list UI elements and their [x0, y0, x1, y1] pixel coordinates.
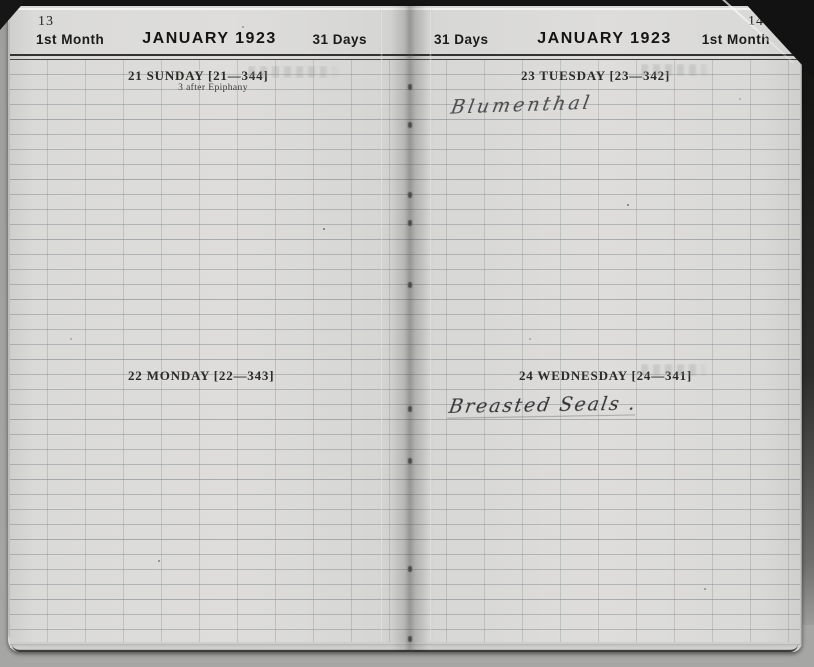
stitch-mark — [408, 406, 412, 412]
stitch-mark — [408, 84, 412, 90]
stitch-mark — [408, 458, 412, 464]
handwritten-entry-wednesday: Breasted Seals . — [447, 392, 639, 418]
stitch-mark — [408, 220, 412, 226]
ghost-print — [641, 364, 709, 376]
ruled-grid — [409, 60, 800, 648]
stitch-mark — [408, 282, 412, 288]
day-subheading-epiphany: 3 after Epiphany — [128, 83, 298, 93]
page-crease — [429, 8, 432, 648]
stitch-mark — [408, 122, 412, 128]
ghost-print — [248, 66, 340, 78]
scanned-diary-photo: 13 1st Month JANUARY 1923 31 Days 21 SUN… — [0, 0, 814, 667]
ghost-print — [641, 64, 713, 76]
page-crease — [380, 8, 383, 648]
photo-right-shadow — [801, 0, 814, 625]
page-header: 1st Month JANUARY 1923 31 Days — [10, 8, 409, 54]
stitch-mark — [408, 566, 412, 572]
header-days-label: 31 Days — [312, 32, 367, 47]
book-gutter — [391, 6, 429, 652]
stitch-mark — [408, 636, 412, 642]
stitch-mark — [408, 192, 412, 198]
diary-page-left: 13 1st Month JANUARY 1923 31 Days 21 SUN… — [10, 8, 409, 648]
diary-book: 13 1st Month JANUARY 1923 31 Days 21 SUN… — [8, 6, 802, 652]
diary-page-right: 14 31 Days JANUARY 1923 1st Month 23 TUE… — [409, 8, 800, 648]
day-heading-monday: 22 MONDAY [22—343] — [128, 368, 274, 384]
ruled-grid — [10, 60, 409, 648]
